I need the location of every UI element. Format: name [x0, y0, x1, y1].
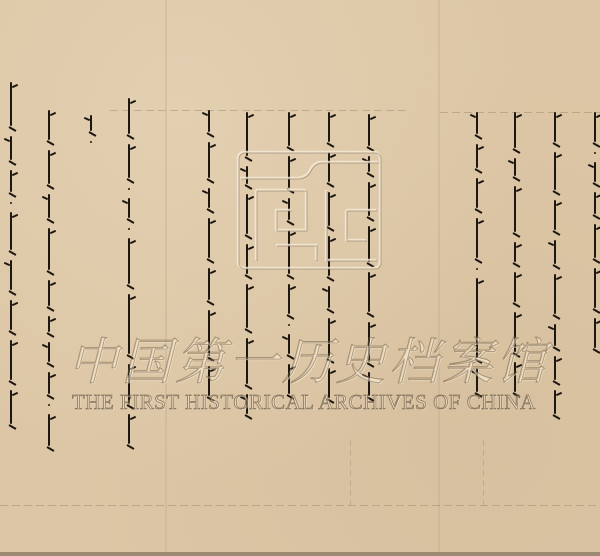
- watermark-char: 中: [68, 322, 120, 394]
- watermark-chinese-text: 中 国 第 一 历 史 档 案 馆: [68, 318, 548, 398]
- watermark-char: 档: [389, 322, 441, 394]
- archive-seal-icon: [236, 150, 382, 270]
- paper-fold-line: [165, 0, 167, 556]
- script-column: [4, 82, 18, 434]
- watermark-english-text: THE FIRST HISTORICAL ARCHIVES OF CHINA: [72, 390, 542, 415]
- watermark-char: 一: [229, 322, 281, 394]
- ruling-line-vertical: [350, 440, 351, 510]
- watermark-char: 第: [175, 322, 227, 394]
- script-column: [84, 115, 98, 151]
- page-bottom-edge: [0, 552, 600, 556]
- script-column: [548, 112, 562, 424]
- manuscript-page: 中 国 第 一 历 史 档 案 馆 THE FIRST HISTORICAL A…: [0, 0, 600, 556]
- ruling-line-bottom: [0, 505, 600, 506]
- paper-fold-line: [438, 0, 440, 556]
- watermark-char: 国: [122, 322, 174, 394]
- watermark-char: 史: [336, 322, 388, 394]
- watermark-char: 历: [282, 322, 334, 394]
- ruling-line-top: [110, 110, 410, 111]
- script-column: [42, 110, 56, 456]
- ruling-line-vertical: [483, 440, 484, 510]
- script-column: [588, 112, 600, 358]
- watermark-char: 案: [443, 322, 495, 394]
- watermark-char: 馆: [496, 322, 548, 394]
